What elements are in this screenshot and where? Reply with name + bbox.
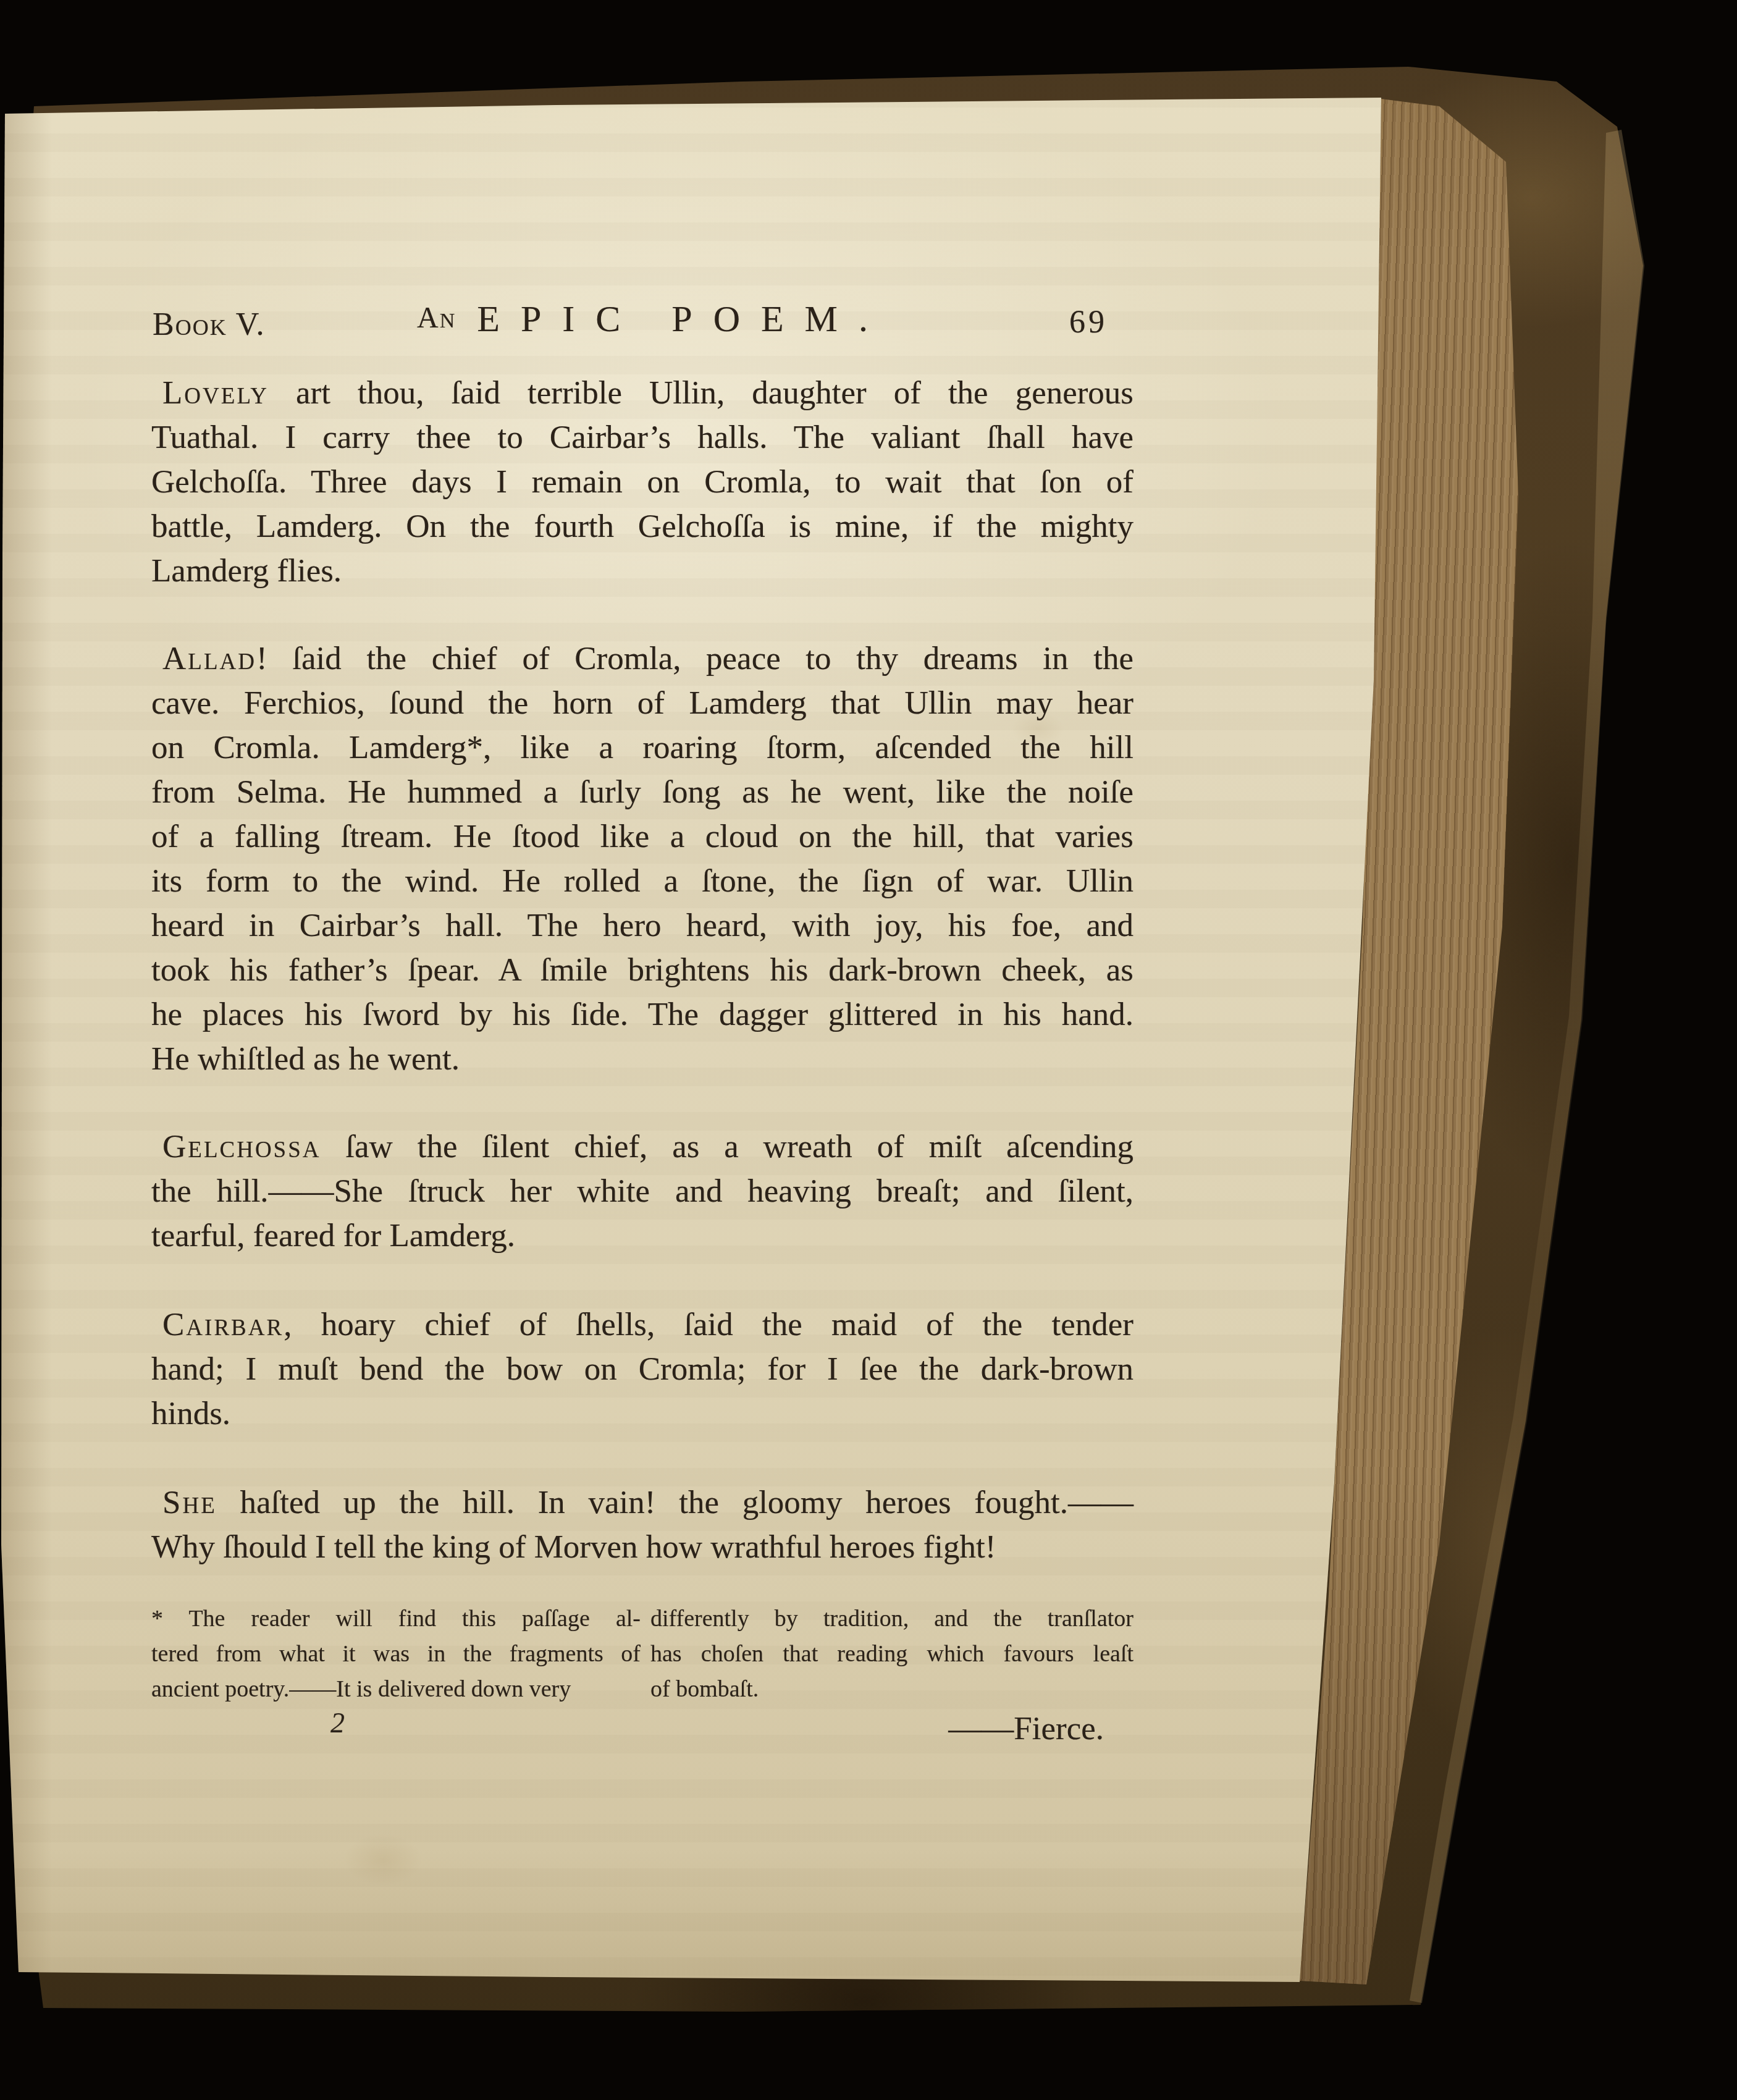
body-line: Lovely art thou, ſaid terrible Ullin, da… [151, 371, 1133, 415]
body-line-text: haſted up the hill. In vain! the gloomy … [217, 1485, 1133, 1520]
body-line: Gelchoſſa. Three days I remain on Cromla… [151, 460, 1133, 504]
body-line: battle, Lamderg. On the fourth Gelchoſſa… [151, 504, 1133, 549]
footnote-line: * The reader will find this paſſage al- [151, 1601, 641, 1637]
page-title: AnEPIC POEM. [151, 298, 1133, 340]
footnote-line: has choſen that reading which favours le… [650, 1637, 1133, 1672]
printed-page-text: Book V. AnEPIC POEM. 69 Lovely art thou,… [151, 0, 1133, 2100]
body-line: on Cromla. Lamderg*, like a roaring ſtor… [151, 725, 1133, 770]
paragraph: Gelchossa ſaw the ſilent chief, as a wre… [151, 1124, 1133, 1258]
body-line: from Selma. He hummed a ſurly ſong as he… [151, 770, 1133, 814]
body-line-text: , hoary chief of ſhells, ſaid the maid o… [284, 1307, 1133, 1343]
footnote-line: differently by tradition, and the tranſl… [650, 1601, 1133, 1637]
body-line: took his father’s ſpear. A ſmile brighte… [151, 948, 1133, 992]
catchword: ——Fierce. [948, 1710, 1104, 1747]
page-number: 69 [1069, 304, 1108, 340]
book-scan-photo: Book V. AnEPIC POEM. 69 Lovely art thou,… [0, 0, 1737, 2100]
footnote-line: of bombaſt. [650, 1672, 1133, 1707]
footnote-left-column: * The reader will find this paſſage al- … [151, 1601, 641, 1707]
body-line: hinds. [151, 1391, 1133, 1436]
paragraph-lead-word: Allad [162, 641, 256, 677]
body-line: He whiſtled as he went. [151, 1037, 1133, 1081]
body-line: Allad! ſaid the chief of Cromla, peace t… [151, 636, 1133, 681]
paragraph-lead-word: Cairbar [162, 1307, 284, 1343]
body-line: cave. Ferchios, ſound the horn of Lamder… [151, 681, 1133, 725]
paragraph: Lovely art thou, ſaid terrible Ullin, da… [151, 371, 1133, 593]
footnote-line: tered from what it was in the fragments … [151, 1637, 641, 1672]
body-line-text: ! ſaid the chief of Cromla, peace to thy… [256, 641, 1133, 677]
body-line: Cairbar, hoary chief of ſhells, ſaid the… [151, 1302, 1133, 1347]
body-line: heard in Cairbar’s hall. The hero heard,… [151, 903, 1133, 948]
body-line-text: ſaw the ſilent chief, as a wreath of miſ… [321, 1129, 1133, 1165]
body-line: the hill.——She ſtruck her white and heav… [151, 1169, 1133, 1213]
running-header: Book V. AnEPIC POEM. 69 [151, 298, 1133, 353]
footnote-line: ancient poetry.——It is delivered down ve… [151, 1672, 641, 1707]
body-line: its form to the wind. He rolled a ſtone,… [151, 859, 1133, 903]
body-line: of a falling ſtream. He ſtood like a clo… [151, 814, 1133, 859]
paragraph-lead-word: Lovely [162, 375, 269, 411]
press-figure: 2 [330, 1706, 345, 1739]
body-line: hand; I muſt bend the bow on Cromla; for… [151, 1347, 1133, 1391]
body-line: Gelchossa ſaw the ſilent chief, as a wre… [151, 1124, 1133, 1169]
paragraph: Allad! ſaid the chief of Cromla, peace t… [151, 636, 1133, 1081]
body-line: Tuathal. I carry thee to Cairbar’s halls… [151, 415, 1133, 460]
paragraph: She haſted up the hill. In vain! the glo… [151, 1480, 1133, 1569]
paragraph-lead-word: Gelchossa [162, 1129, 321, 1165]
body-line: tearful, feared for Lamderg. [151, 1213, 1133, 1258]
body-line: Lamderg flies. [151, 549, 1133, 593]
body-line: She haſted up the hill. In vain! the glo… [151, 1480, 1133, 1525]
paragraph-lead-word: She [162, 1485, 217, 1520]
body-line-text: art thou, ſaid terrible Ullin, daughter … [269, 375, 1133, 411]
paragraph: Cairbar, hoary chief of ſhells, ſaid the… [151, 1302, 1133, 1436]
title-main: EPIC POEM. [477, 298, 889, 339]
footnote-right-column: differently by tradition, and the tranſl… [650, 1601, 1133, 1707]
body-line: Why ſhould I tell the king of Morven how… [151, 1525, 1133, 1569]
title-article: An [417, 302, 456, 334]
body-line: he places his ſword by his ſide. The dag… [151, 992, 1133, 1037]
